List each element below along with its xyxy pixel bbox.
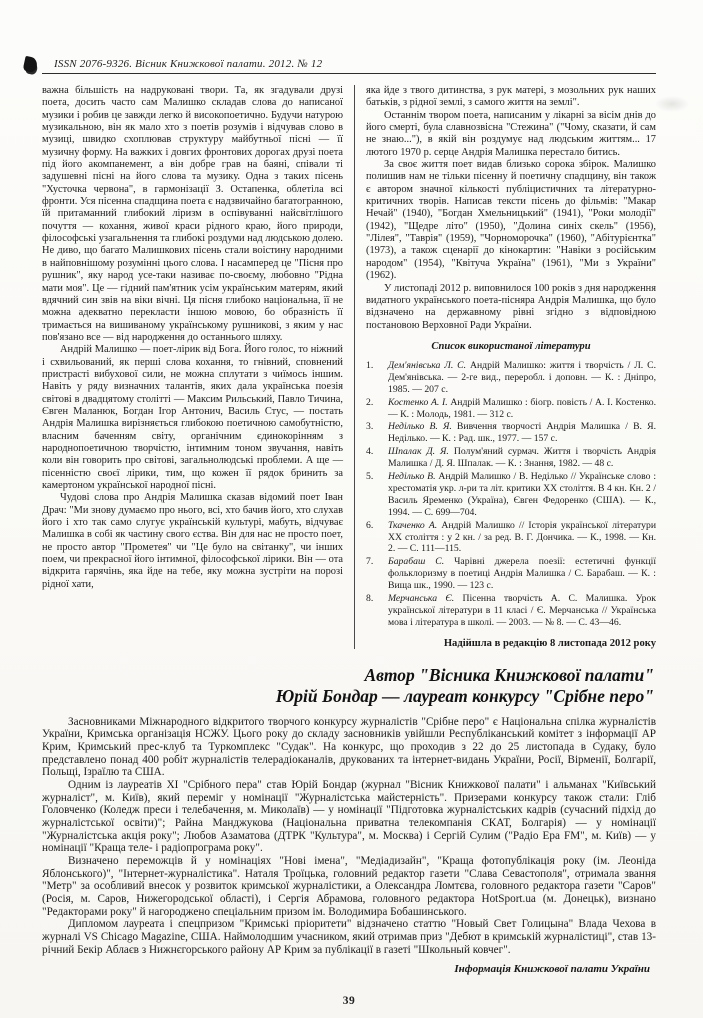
bibliography-item-text: Неділько В. Андрій Малишко / В. Неділько… (388, 471, 656, 519)
bibliography-item-number: 1. (366, 360, 388, 396)
bibliography-item-text: Костенко А. І. Андрій Малишко : біогр. п… (388, 397, 656, 421)
paragraph: Андрій Малишко — поет-лірик від Бога. Йо… (42, 344, 343, 492)
bibliography-item-text: Неділько В. Я. Вивчення творчості Андрія… (388, 421, 656, 445)
bibliography-author: Мерчанська Є. (388, 593, 454, 604)
article-malyshko-columns: важна більшість на надруковані твори. Та… (42, 85, 656, 649)
bibliography-item-number: 8. (366, 593, 388, 629)
paragraph: Засновниками Міжнародного відкритого тво… (42, 716, 656, 779)
bibliography-author: Ткаченко А. (388, 520, 437, 531)
paragraph: Одним із лауреатів XI "Срібного пера" ст… (42, 779, 656, 855)
bibliography-item: 2. Костенко А. І. Андрій Малишко : біогр… (366, 397, 656, 421)
paragraph: У листопаді 2012 р. виповнилося 100 рокі… (366, 283, 656, 332)
paragraph: Останнім твором поета, написаним у лікар… (366, 110, 656, 159)
bibliography-author: Неділько В. (388, 471, 436, 482)
bibliography-item: 3. Неділько В. Я. Вивчення творчості Анд… (366, 421, 656, 445)
paragraph: За своє життя поет видав близько сорока … (366, 159, 656, 282)
bibliography-list: 1. Дем'янівська Л. С. Андрій Малишко: жи… (366, 360, 656, 629)
article-bondar-title: Автор "Вісника Книжкової палати" Юрій Бо… (42, 665, 656, 708)
bibliography-author: Шпалак Д. Я. (388, 446, 449, 457)
bibliography-item: 6. Ткаченко А. Андрій Малишко // Історія… (366, 520, 656, 556)
bibliography-item: 4. Шпалак Д. Я. Полум'яний сурмач. Життя… (366, 446, 656, 470)
scan-smudge (655, 96, 689, 112)
page-content: ISSN 2076-9326. Вісник Книжкової палати.… (42, 58, 656, 1007)
article-bondar: Автор "Вісника Книжкової палати" Юрій Бо… (42, 665, 656, 975)
bibliography-author: Неділько В. Я. (388, 421, 452, 432)
bibliography-item-number: 7. (366, 556, 388, 592)
bibliography-item-text: Дем'янівська Л. С. Андрій Малишко: життя… (388, 360, 656, 396)
bibliography-author: Костенко А. І. (388, 397, 448, 408)
bibliography-item: 5. Неділько В. Андрій Малишко / В. Неділ… (366, 471, 656, 519)
paragraph: важна більшість на надруковані твори. Та… (42, 85, 343, 344)
paragraph: Дипломом лауреата і спецпризом "Кримські… (42, 918, 656, 956)
bibliography-item-text: Шпалак Д. Я. Полум'яний сурмач. Життя і … (388, 446, 656, 470)
scanned-journal-page: ISSN 2076-9326. Вісник Книжкової палати.… (0, 0, 703, 1018)
bibliography-item-text: Мерчанська Є. Пісенна творчість А. С. Ма… (388, 593, 656, 629)
left-column: важна більшість на надруковані твори. Та… (42, 85, 354, 649)
bibliography-item-number: 6. (366, 520, 388, 556)
article-bondar-title-line2: Юрій Бондар — лауреат конкурсу "Срібне п… (42, 686, 654, 708)
article-bondar-title-line1: Автор "Вісника Книжкової палати" (42, 665, 654, 687)
page-number: 39 (42, 995, 656, 1007)
bibliography-item: 1. Дем'янівська Л. С. Андрій Малишко: жи… (366, 360, 656, 396)
journal-running-header: ISSN 2076-9326. Вісник Книжкової палати.… (42, 58, 656, 74)
bibliography-item-number: 2. (366, 397, 388, 421)
bibliography-author: Дем'янівська Л. С. (388, 360, 466, 371)
article-signature: Інформація Книжкової палати України (42, 963, 656, 975)
received-date-note: Надійшла в редакцію 8 листопада 2012 рок… (366, 638, 656, 649)
paragraph: яка йде з твого дитинства, з рук матері,… (366, 85, 656, 110)
scan-artifact-blot (23, 56, 39, 73)
bibliography-item: 7. Барабаш С. Чарівні джерела поезії: ес… (366, 556, 656, 592)
paragraph: Визначено переможців й у номінаціях "Нов… (42, 855, 656, 918)
bibliography-item-number: 5. (366, 471, 388, 519)
bibliography-author: Барабаш С. (388, 556, 444, 567)
right-column: яка йде з твого дитинства, з рук матері,… (354, 85, 656, 649)
bibliography-item-number: 4. (366, 446, 388, 470)
bibliography-heading: Список використаної літератури (366, 341, 656, 352)
bibliography-item: 8. Мерчанська Є. Пісенна творчість А. С.… (366, 593, 656, 629)
bibliography-item-text: Ткаченко А. Андрій Малишко // Історія ук… (388, 520, 656, 556)
bibliography-item-number: 3. (366, 421, 388, 445)
paragraph: Чудові слова про Андрія Малишка сказав в… (42, 492, 343, 591)
bibliography-item-text: Барабаш С. Чарівні джерела поезії: естет… (388, 556, 656, 592)
